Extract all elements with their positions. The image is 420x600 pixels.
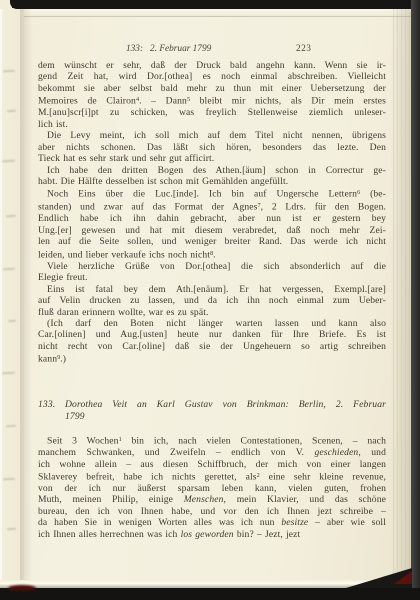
text-segment: Memoires de Clairon: [38, 96, 136, 107]
letter-133-body: Seit 3 Wochen1 bin ich, nach vielen Cont…: [38, 434, 386, 540]
text-segment: von der ich nur äußerst sparsam leben ka…: [38, 483, 386, 494]
text-line: Viele herzliche Grüße von Dor.[othea] di…: [38, 261, 386, 272]
page-gutter-crease: [20, 8, 32, 586]
text-segment: Viele herzliche Grüße von Dor.[othea] di…: [47, 261, 386, 272]
book-photo: { "colors": { "paper": "#f4f0de", "ink":…: [0, 0, 420, 600]
text-line: von der ich nur äußerst sparsam leben ka…: [38, 483, 386, 494]
text-line: Seit 3 Wochen1 bin ich, nach vielen Cont…: [38, 434, 386, 447]
text-segment: (Ich darf den Boten nicht länger warten …: [47, 318, 386, 329]
text-line: Die Levy meint, ich soll mich auf dem Ti…: [38, 130, 386, 141]
text-line: bureau, den ich von Ihnen habe, und vor …: [38, 506, 386, 517]
text-segment: da haben Sie in wenigen Worten alles was…: [38, 517, 281, 528]
text-segment: besitze: [281, 517, 308, 528]
text-line: standen) und zwar auf das Format der Agn…: [38, 200, 386, 213]
text-segment: dem wünscht er sehr, daß der Druck bald …: [38, 60, 386, 71]
paragraph: Eins ist fatal bey dem Ath.[enäum]. Er h…: [38, 284, 386, 318]
bottom-page-edge: [0, 580, 411, 588]
text-segment: Sklaverey befreit, habe ich nichts geret…: [38, 472, 257, 483]
text-segment: Tieck hat es sehr stark und sehr gut aff…: [38, 153, 214, 164]
text-segment: len auf die Seite sollen, und weniger br…: [38, 236, 386, 247]
text-segment: .: [213, 249, 216, 260]
text-segment: leiden, und lieber verkaufe ichs noch ni…: [38, 249, 210, 260]
running-header-number: 133:: [126, 44, 143, 54]
text-line: Muth, meinen Philip, einige Menschen, me…: [38, 494, 386, 505]
text-segment: bleibt mir nichts, als Dir mein erstes: [190, 96, 386, 107]
letter-heading-number: 133.: [38, 399, 65, 410]
text-segment: Noch Eins über die Luc.[inde]. Ich bin a…: [47, 189, 357, 200]
paragraph: Ich habe den dritten Bogen des Athen.[äu…: [38, 165, 386, 188]
paragraph: Noch Eins über die Luc.[inde]. Ich bin a…: [38, 187, 386, 260]
text-line: fluß daran erinnern wollte, war es zu sp…: [38, 307, 386, 318]
text-segment: – aber wie soll: [308, 517, 386, 528]
text-line: Sklaverey befreit, habe ich nichts geret…: [38, 470, 386, 483]
text-segment: Menschen: [184, 494, 224, 505]
text-segment: , und: [358, 447, 386, 458]
text-segment: fluß daran erinnern wollte, war es zu sp…: [38, 307, 209, 318]
text-line: Tieck hat es sehr stark und sehr gut aff…: [38, 153, 386, 164]
text-segment: Endlich habe ich ihn dahin gebracht, abe…: [38, 213, 386, 224]
text-segment: standen) und zwar auf das Format der Agn…: [38, 202, 258, 213]
letter-heading-year: 1799: [65, 411, 386, 422]
photo-frame-top: [10, 0, 420, 9]
text-line: M.[anu]scr[i]pt zu schicken, was freylic…: [38, 107, 386, 118]
text-segment: ich Ihnen alles herrechnen was ich: [38, 529, 181, 540]
showthrough-mark: [8, 320, 16, 322]
text-segment: ich wohne allein – aus diesen Schiffbruc…: [38, 459, 386, 470]
text-line: dem wünscht er sehr, daß der Druck bald …: [38, 60, 386, 71]
text-segment: .): [60, 354, 66, 365]
text-segment: auf Velin drucken zu lassen, und da ich …: [38, 295, 386, 306]
text-line: leiden, und lieber verkaufe ichs noch ni…: [38, 248, 386, 261]
text-segment: gend Zeit hat, wird Dor.[othea] es noch …: [38, 71, 386, 82]
text-line: lich ist.: [38, 119, 386, 130]
running-header-date: 2. Februar 1799: [150, 44, 211, 54]
page-number: 223: [296, 44, 311, 54]
text-segment: Ich habe den dritten Bogen des Athen.[äu…: [47, 165, 386, 176]
text-segment: lich ist.: [38, 119, 68, 130]
text-line: Ich habe den dritten Bogen des Athen.[äu…: [38, 165, 386, 176]
running-header: 133:2. Februar 1799 223: [0, 44, 411, 56]
text-segment: eine sehr kleine revenue,: [260, 472, 386, 483]
text-segment: . – Dann: [139, 96, 187, 107]
text-line: Eins ist fatal bey dem Ath.[enäum]. Er h…: [38, 284, 386, 295]
text-segment: Seit 3 Wochen: [47, 436, 119, 447]
text-segment: bureau, den ich von Ihnen habe, und vor …: [38, 506, 386, 517]
text-line: gend Zeit hat, wird Dor.[othea] es noch …: [38, 71, 386, 82]
top-page-edge: [0, 8, 411, 17]
paragraph: (Ich darf den Boten nicht länger warten …: [38, 318, 386, 365]
photo-frame-right: [411, 0, 420, 600]
right-page-block-edge: [390, 9, 411, 585]
text-line: ich Ihnen alles herrechnen was ich los g…: [38, 529, 386, 540]
text-segment: Car.[olinen] und Aug.[usten] heute nur d…: [38, 329, 386, 340]
text-segment: (be-: [360, 189, 386, 200]
text-line: len auf die Seite sollen, und weniger br…: [38, 236, 386, 247]
text-line: ich wohne allein – aus diesen Schiffbruc…: [38, 459, 386, 470]
text-segment: Eins ist fatal bey dem Ath.[enäum]. Er h…: [47, 284, 386, 295]
text-line: Elegie freut.: [38, 272, 386, 283]
letter-132-body: dem wünscht er sehr, daß der Druck bald …: [38, 60, 386, 365]
text-segment: bekommt sie aber selbst bald mehr zu thu…: [38, 83, 386, 94]
paragraph: Seit 3 Wochen1 bin ich, nach vielen Cont…: [38, 434, 386, 540]
text-line: Noch Eins über die Luc.[inde]. Ich bin a…: [38, 187, 386, 200]
text-segment: aber nichts schonen. Das läßt sich hören…: [38, 142, 386, 153]
text-segment: bin? – Jezt, jezt: [234, 529, 301, 540]
text-segment: los geworden: [181, 529, 234, 540]
paragraph: Die Levy meint, ich soll mich auf dem Ti…: [38, 130, 386, 164]
text-segment: kann: [38, 354, 57, 365]
text-line: Ung.[er] gewesen und hat mit diesem vera…: [38, 225, 386, 236]
text-column: dem wünscht er sehr, daß der Druck bald …: [38, 60, 386, 540]
running-header-title: 133:2. Februar 1799: [126, 44, 211, 54]
text-line: auf Velin drucken zu lassen, und da ich …: [38, 295, 386, 306]
text-line: habt. Die Hälfte desselben ist schon mit…: [38, 176, 386, 187]
letter-heading-line1: 133. Dorothea Veit an Karl Gustav von Br…: [38, 399, 386, 410]
text-segment: geschieden: [314, 447, 358, 458]
text-line: bekommt sie aber selbst bald mehr zu thu…: [38, 83, 386, 94]
text-line: (Ich darf den Boten nicht länger warten …: [38, 318, 386, 329]
book-cover-smudge: [8, 585, 36, 591]
text-line: Memoires de Clairon4. – Dann5 bleibt mir…: [38, 94, 386, 107]
text-segment: Elegie freut.: [38, 272, 88, 283]
text-segment: , mein Klavier, und das schöne: [224, 494, 386, 505]
text-segment: manchem Schwanken, und Zweifeln – endlic…: [38, 447, 314, 458]
text-segment: M.[anu]scr[i]pt zu schicken, was freylic…: [38, 107, 386, 118]
text-line: Car.[olinen] und Aug.[usten] heute nur d…: [38, 329, 386, 340]
text-segment: habt. Die Hälfte desselben ist schon mit…: [38, 176, 288, 187]
text-segment: Ung.[er] gewesen und hat mit diesem vera…: [38, 225, 386, 236]
text-line: manchem Schwanken, und Zweifeln – endlic…: [38, 447, 386, 458]
text-segment: bin ich, nach vielen Contestationen, Sce…: [122, 436, 386, 447]
paragraph: Viele herzliche Grüße von Dor.[othea] di…: [38, 261, 386, 284]
letter-heading: 133. Dorothea Veit an Karl Gustav von Br…: [38, 399, 386, 422]
text-segment: Muth, meinen Philip, einige: [38, 494, 184, 505]
text-line: nicht recht von Car.[oline] daß sie der …: [38, 341, 386, 352]
text-line: kann9.): [38, 352, 386, 365]
text-segment: , 2 Ldrs. für den Bogen.: [261, 202, 386, 213]
text-line: da haben Sie in wenigen Worten alles was…: [38, 517, 386, 528]
photo-frame-bottom: [0, 588, 420, 600]
letter-heading-title: Dorothea Veit an Karl Gustav von Brinkma…: [65, 399, 386, 410]
text-line: aber nichts schonen. Das läßt sich hören…: [38, 142, 386, 153]
text-segment: Die Levy meint, ich soll mich auf dem Ti…: [47, 130, 386, 141]
paragraph: dem wünscht er sehr, daß der Druck bald …: [38, 60, 386, 130]
text-segment: nicht recht von Car.[oline] daß sie der …: [38, 341, 386, 352]
text-line: Endlich habe ich ihn dahin gebracht, abe…: [38, 213, 386, 224]
